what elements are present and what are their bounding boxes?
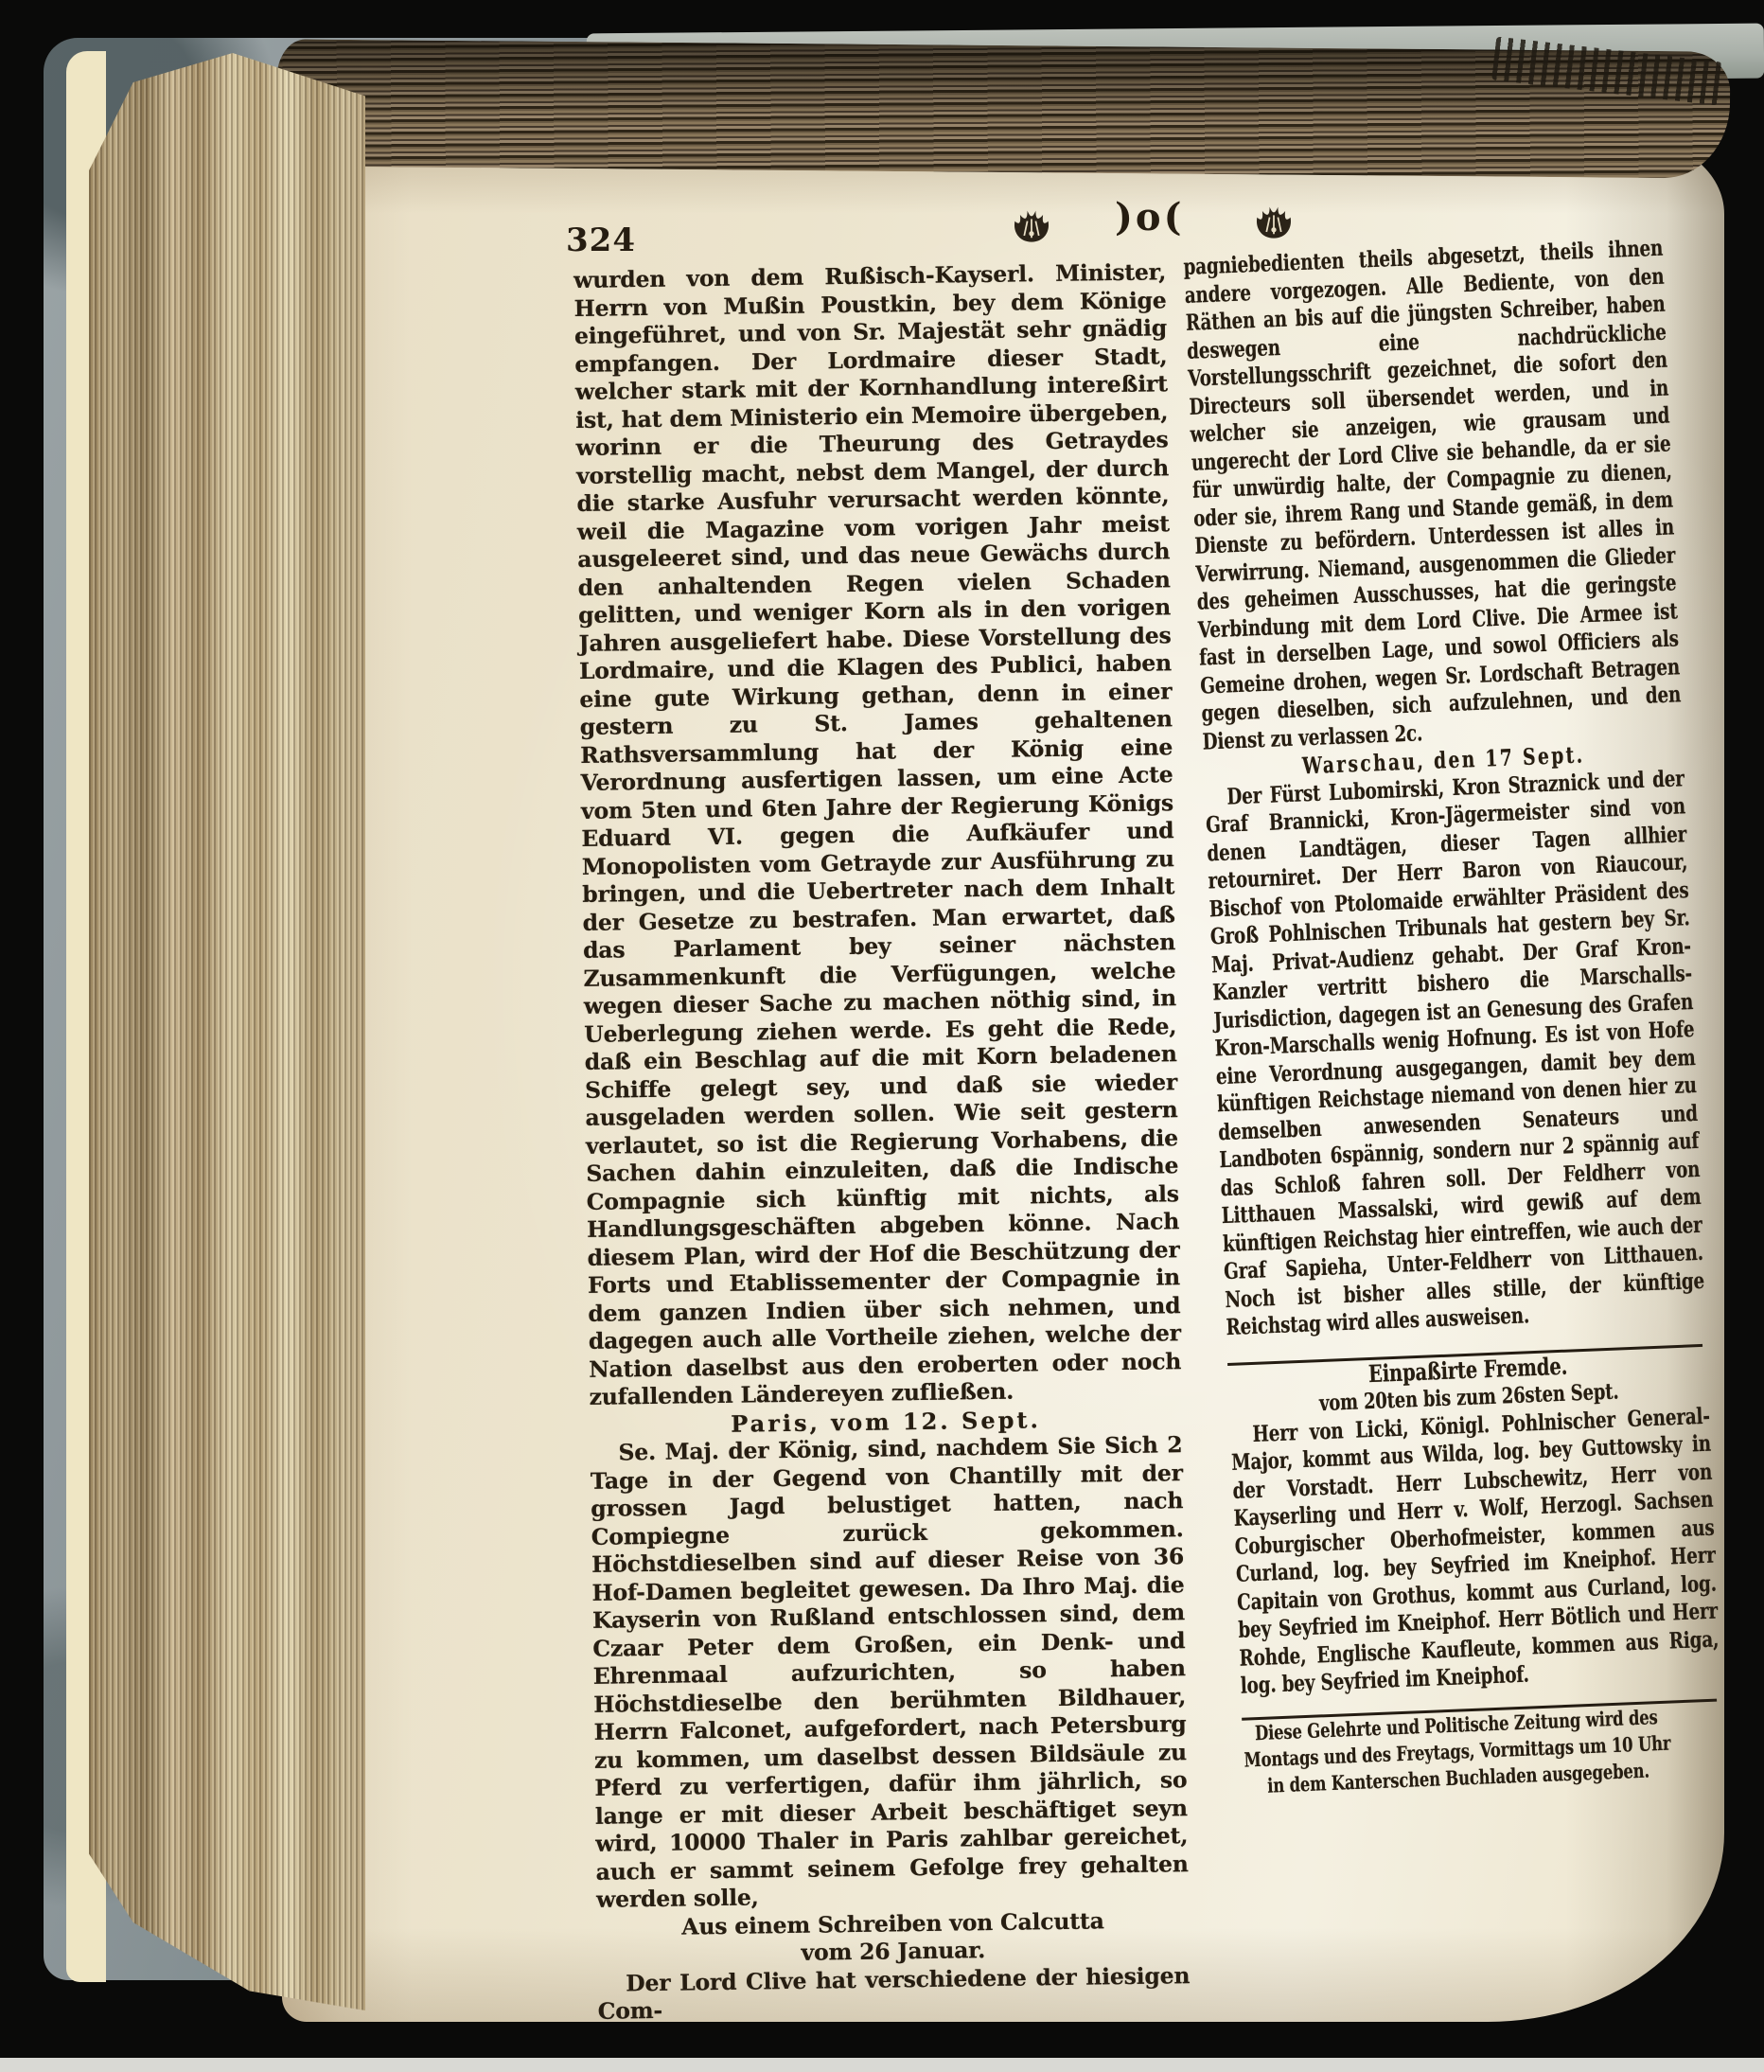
page-number: 324 bbox=[566, 221, 636, 259]
printed-page-content: 324 )o( wurden von dem Rußisch-Kayserl. … bbox=[0, 0, 1764, 2072]
imprint-notice: Diese Gelehrte und Politische Zeitung wi… bbox=[1242, 1703, 1672, 1799]
calcutta-report-continued: pagniebedienten theils abgesetzt, theils… bbox=[1183, 235, 1683, 756]
shell-ornament-icon bbox=[1011, 206, 1052, 244]
signature-mark: )o( bbox=[1115, 195, 1185, 239]
left-text-column: wurden von dem Rußisch-Kayserl. Minister… bbox=[573, 258, 1191, 2026]
fremde-report: Herr von Licki, Königl. Pohlnischer Gene… bbox=[1230, 1402, 1720, 1700]
london-report-continued: wurden von dem Rußisch-Kayserl. Minister… bbox=[573, 258, 1182, 1411]
warschau-report: Der Fürst Lubomirski, Kron Straznick und… bbox=[1204, 765, 1705, 1342]
book-scan: 324 )o( wurden von dem Rußisch-Kayserl. … bbox=[0, 0, 1764, 2072]
right-text-column: pagniebedienten theils abgesetzt, theils… bbox=[1183, 235, 1724, 1800]
calcutta-report-opening: Der Lord Clive hat verschiedene der hies… bbox=[597, 1962, 1191, 2027]
shell-ornament-icon bbox=[1253, 203, 1295, 240]
paris-report: Se. Maj. der König, sind, nachdem Sie Si… bbox=[590, 1431, 1189, 1914]
